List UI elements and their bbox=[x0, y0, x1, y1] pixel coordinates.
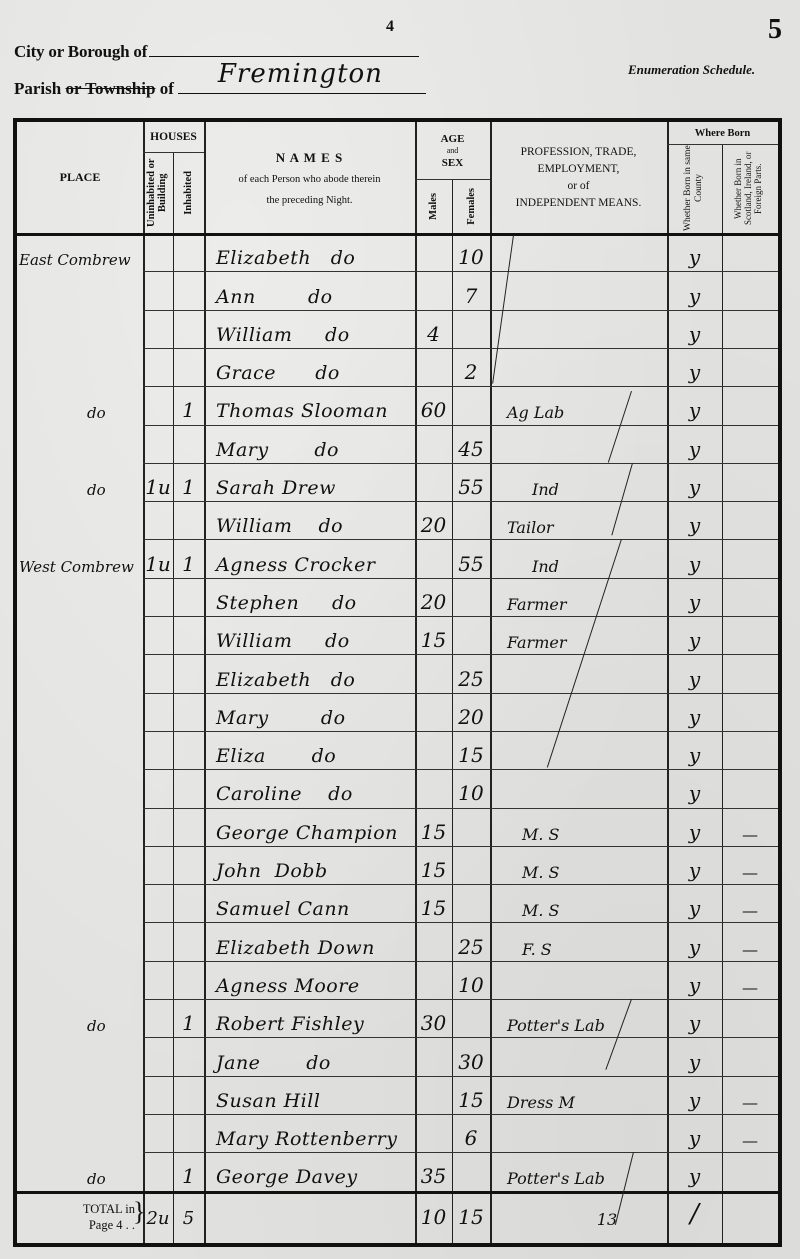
header-males-cell: Males bbox=[415, 179, 452, 233]
row-profession: Farmer bbox=[507, 578, 667, 616]
row-born-county: y bbox=[667, 884, 722, 922]
row-place bbox=[19, 731, 143, 769]
row-female-age bbox=[452, 310, 490, 348]
header-where-born: Where Born bbox=[667, 122, 778, 144]
row-name: Agness Moore bbox=[216, 961, 416, 999]
parish-line: Parish or Township ofFremington bbox=[14, 77, 426, 99]
row-born-county: y bbox=[667, 271, 722, 309]
row-male-age: 15 bbox=[415, 616, 452, 654]
row-inhabited: 1 bbox=[173, 999, 204, 1037]
row-female-age bbox=[452, 808, 490, 846]
row-uninhabited bbox=[143, 233, 173, 271]
row-place bbox=[19, 654, 143, 692]
row-uninhabited bbox=[143, 769, 173, 807]
row-profession: Dress M bbox=[507, 1076, 667, 1114]
row-female-age: 25 bbox=[452, 654, 490, 692]
parish-label-struck: or Township bbox=[65, 79, 155, 98]
row-uninhabited bbox=[143, 1076, 173, 1114]
totals-born-county: / bbox=[667, 1195, 722, 1231]
row-male-age bbox=[415, 654, 452, 692]
row-uninhabited bbox=[143, 808, 173, 846]
row-female-age: 15 bbox=[452, 1076, 490, 1114]
row-male-age bbox=[415, 463, 452, 501]
row-profession bbox=[507, 348, 667, 386]
row-profession: Farmer bbox=[507, 616, 667, 654]
row-inhabited: 1 bbox=[173, 386, 204, 424]
row-profession bbox=[507, 961, 667, 999]
row-inhabited: 1 bbox=[173, 1152, 204, 1190]
row-born-county: y bbox=[667, 846, 722, 884]
row-name: Robert Fishley bbox=[216, 999, 416, 1037]
row-name: Elizabeth do bbox=[216, 654, 416, 692]
row-inhabited bbox=[173, 1114, 204, 1152]
row-uninhabited bbox=[143, 1037, 173, 1075]
parish-label-of: of bbox=[155, 79, 173, 98]
row-uninhabited bbox=[143, 348, 173, 386]
row-inhabited: 1 bbox=[173, 463, 204, 501]
row-male-age bbox=[415, 1037, 452, 1075]
row-born-county: y bbox=[667, 654, 722, 692]
row-place bbox=[19, 808, 143, 846]
header-houses: HOUSES bbox=[143, 122, 204, 152]
header-profession-3: or of bbox=[567, 178, 589, 195]
row-profession bbox=[507, 654, 667, 692]
row-inhabited bbox=[173, 922, 204, 960]
row-male-age bbox=[415, 539, 452, 577]
row-born-foreign bbox=[722, 999, 778, 1037]
header-profession-2: EMPLOYMENT, bbox=[538, 161, 620, 178]
totals-males: 10 bbox=[415, 1195, 452, 1231]
row-uninhabited bbox=[143, 310, 173, 348]
row-female-age: 45 bbox=[452, 425, 490, 463]
row-inhabited bbox=[173, 616, 204, 654]
row-male-age: 20 bbox=[415, 578, 452, 616]
row-name: Grace do bbox=[216, 348, 416, 386]
row-profession: Tailor bbox=[507, 501, 667, 539]
row-profession bbox=[507, 1114, 667, 1152]
row-female-age: 7 bbox=[452, 271, 490, 309]
row-born-county: y bbox=[667, 348, 722, 386]
page-number-center: 4 bbox=[386, 18, 394, 36]
row-born-county: y bbox=[667, 961, 722, 999]
row-inhabited bbox=[173, 808, 204, 846]
row-born-county: y bbox=[667, 1037, 722, 1075]
row-born-foreign bbox=[722, 271, 778, 309]
row-male-age: 30 bbox=[415, 999, 452, 1037]
row-born-foreign bbox=[722, 501, 778, 539]
row-uninhabited bbox=[143, 578, 173, 616]
row-place bbox=[19, 1114, 143, 1152]
row-born-foreign: — bbox=[722, 1114, 778, 1152]
row-profession: F. S bbox=[522, 922, 682, 960]
row-female-age: 55 bbox=[452, 463, 490, 501]
header-females-cell: Females bbox=[452, 179, 490, 233]
row-born-county: y bbox=[667, 463, 722, 501]
row-born-county: y bbox=[667, 386, 722, 424]
row-name: Susan Hill bbox=[216, 1076, 416, 1114]
row-inhabited bbox=[173, 271, 204, 309]
row-born-foreign bbox=[722, 1037, 778, 1075]
row-place bbox=[19, 846, 143, 884]
totals-inhabited: 5 bbox=[173, 1195, 204, 1231]
header-inhabited: Inhabited bbox=[183, 171, 194, 215]
totals-label: TOTAL inPage 4 . . bbox=[27, 1201, 135, 1233]
row-male-age bbox=[415, 922, 452, 960]
row-inhabited bbox=[173, 425, 204, 463]
row-inhabited: 1 bbox=[173, 539, 204, 577]
row-name: Stephen do bbox=[216, 578, 416, 616]
row-born-foreign bbox=[722, 731, 778, 769]
city-label: City or Borough of bbox=[14, 42, 147, 61]
row-uninhabited bbox=[143, 693, 173, 731]
row-name: William do bbox=[216, 616, 416, 654]
totals-uninhabited: 2u bbox=[143, 1195, 173, 1231]
row-female-age bbox=[452, 846, 490, 884]
row-inhabited bbox=[173, 348, 204, 386]
header-females: Females bbox=[466, 188, 477, 225]
row-name: Mary do bbox=[216, 425, 416, 463]
header-uninhabited: Uninhabited or Building bbox=[146, 152, 170, 233]
header-age-3: SEX bbox=[442, 157, 463, 169]
header-uninhabited-cell: Uninhabited or Building bbox=[143, 152, 173, 233]
row-born-foreign bbox=[722, 578, 778, 616]
header-males: Males bbox=[428, 193, 439, 220]
row-uninhabited bbox=[143, 271, 173, 309]
row-born-county: y bbox=[667, 578, 722, 616]
header-age-2: and bbox=[447, 145, 459, 157]
row-name: Samuel Cann bbox=[216, 884, 416, 922]
row-uninhabited: 1u bbox=[143, 539, 173, 577]
row-place bbox=[19, 922, 143, 960]
grid-line bbox=[415, 179, 490, 180]
header-profession-1: PROFESSION, TRADE, bbox=[521, 144, 637, 161]
row-male-age: 4 bbox=[415, 310, 452, 348]
row-male-age bbox=[415, 961, 452, 999]
row-place: East Combrew bbox=[19, 233, 143, 271]
row-female-age bbox=[452, 884, 490, 922]
row-place bbox=[19, 884, 143, 922]
row-female-age: 6 bbox=[452, 1114, 490, 1152]
row-uninhabited bbox=[143, 922, 173, 960]
row-born-county: y bbox=[667, 769, 722, 807]
row-male-age bbox=[415, 1114, 452, 1152]
parish-value: Fremington bbox=[218, 59, 383, 89]
row-female-age: 10 bbox=[452, 961, 490, 999]
row-female-age bbox=[452, 386, 490, 424]
row-profession bbox=[507, 769, 667, 807]
row-profession bbox=[507, 233, 667, 271]
row-name: Jane do bbox=[216, 1037, 416, 1075]
row-born-county: y bbox=[667, 616, 722, 654]
row-uninhabited bbox=[143, 884, 173, 922]
row-female-age: 10 bbox=[452, 233, 490, 271]
totals-females: 15 bbox=[452, 1195, 490, 1231]
row-born-foreign bbox=[722, 616, 778, 654]
row-female-age bbox=[452, 999, 490, 1037]
row-born-county: y bbox=[667, 425, 722, 463]
row-female-age: 55 bbox=[452, 539, 490, 577]
row-profession bbox=[507, 271, 667, 309]
row-profession bbox=[507, 1037, 667, 1075]
row-name: Agness Crocker bbox=[216, 539, 416, 577]
row-male-age: 15 bbox=[415, 808, 452, 846]
page-number-corner: 5 bbox=[768, 14, 782, 46]
row-profession bbox=[507, 425, 667, 463]
row-born-county: y bbox=[667, 731, 722, 769]
row-place bbox=[19, 501, 143, 539]
row-inhabited bbox=[173, 731, 204, 769]
row-place: West Combrew bbox=[19, 539, 143, 577]
row-born-foreign bbox=[722, 463, 778, 501]
row-place bbox=[19, 578, 143, 616]
row-born-foreign: — bbox=[722, 808, 778, 846]
row-male-age bbox=[415, 693, 452, 731]
row-inhabited bbox=[173, 578, 204, 616]
row-inhabited bbox=[173, 1076, 204, 1114]
row-uninhabited bbox=[143, 846, 173, 884]
row-name: Eliza do bbox=[216, 731, 416, 769]
row-name: Mary do bbox=[216, 693, 416, 731]
header-profession-4: INDEPENDENT MEANS. bbox=[516, 195, 642, 212]
row-place bbox=[19, 310, 143, 348]
row-male-age bbox=[415, 348, 452, 386]
row-uninhabited bbox=[143, 654, 173, 692]
row-female-age: 20 bbox=[452, 693, 490, 731]
row-born-foreign: — bbox=[722, 922, 778, 960]
row-inhabited bbox=[173, 1037, 204, 1075]
header-age-1: AGE bbox=[441, 133, 465, 145]
parish-label: Parish bbox=[14, 79, 65, 98]
row-born-foreign: — bbox=[722, 961, 778, 999]
row-male-age: 15 bbox=[415, 884, 452, 922]
row-inhabited bbox=[173, 654, 204, 692]
row-born-county: y bbox=[667, 808, 722, 846]
row-name: Elizabeth Down bbox=[216, 922, 416, 960]
row-inhabited bbox=[173, 884, 204, 922]
row-uninhabited bbox=[143, 386, 173, 424]
row-born-county: y bbox=[667, 1076, 722, 1114]
row-profession: M. S bbox=[522, 846, 682, 884]
row-place bbox=[19, 693, 143, 731]
row-female-age: 15 bbox=[452, 731, 490, 769]
row-born-county: y bbox=[667, 999, 722, 1037]
row-male-age bbox=[415, 271, 452, 309]
row-uninhabited: 1u bbox=[143, 463, 173, 501]
row-born-county: y bbox=[667, 233, 722, 271]
row-name: Ann do bbox=[216, 271, 416, 309]
row-female-age: 25 bbox=[452, 922, 490, 960]
row-profession bbox=[507, 731, 667, 769]
grid-line bbox=[17, 1191, 778, 1194]
row-uninhabited bbox=[143, 731, 173, 769]
row-uninhabited bbox=[143, 999, 173, 1037]
row-born-county: y bbox=[667, 310, 722, 348]
grid-line bbox=[667, 144, 778, 145]
row-name: Mary Rottenberry bbox=[216, 1114, 416, 1152]
row-born-county: y bbox=[667, 501, 722, 539]
row-male-age bbox=[415, 731, 452, 769]
header-born-foreign: Whether Born in Scotland, Ireland, or Fo… bbox=[733, 144, 767, 233]
row-male-age: 60 bbox=[415, 386, 452, 424]
totals-label-2: Page 4 . . bbox=[27, 1217, 135, 1233]
totals-label-1: TOTAL in bbox=[27, 1201, 135, 1217]
header-names-sub1: of each Person who abode therein bbox=[239, 174, 381, 185]
grid-line bbox=[143, 152, 204, 153]
schedule-title: Enumeration Schedule. bbox=[628, 62, 755, 78]
header-inhabited-cell: Inhabited bbox=[173, 152, 204, 233]
row-female-age bbox=[452, 501, 490, 539]
row-name: George Davey bbox=[216, 1152, 416, 1190]
row-male-age bbox=[415, 769, 452, 807]
enumeration-table: PLACE HOUSES Uninhabited or Building Inh… bbox=[13, 118, 782, 1247]
row-male-age bbox=[415, 425, 452, 463]
row-name: John Dobb bbox=[216, 846, 416, 884]
row-name: William do bbox=[216, 310, 416, 348]
header-names-sub2: the preceding Night. bbox=[266, 195, 352, 206]
row-name: Thomas Slooman bbox=[216, 386, 416, 424]
row-born-foreign bbox=[722, 693, 778, 731]
row-born-foreign bbox=[722, 310, 778, 348]
row-born-county: y bbox=[667, 539, 722, 577]
row-male-age bbox=[415, 233, 452, 271]
row-born-foreign bbox=[722, 769, 778, 807]
row-place bbox=[19, 961, 143, 999]
header-born-foreign-cell: Whether Born in Scotland, Ireland, or Fo… bbox=[722, 144, 778, 233]
row-inhabited bbox=[173, 961, 204, 999]
row-born-foreign bbox=[722, 654, 778, 692]
row-born-foreign bbox=[722, 233, 778, 271]
row-place bbox=[19, 348, 143, 386]
row-name: William do bbox=[216, 501, 416, 539]
row-female-age bbox=[452, 616, 490, 654]
header-names-title: N A M E S bbox=[276, 150, 344, 166]
row-profession: Potter's Lab bbox=[507, 999, 667, 1037]
row-born-county: y bbox=[667, 1152, 722, 1190]
header-place: PLACE bbox=[17, 122, 143, 233]
row-female-age bbox=[452, 578, 490, 616]
row-name: Elizabeth do bbox=[216, 233, 416, 271]
header-age-sex: AGE and SEX bbox=[415, 122, 490, 179]
row-place bbox=[19, 1076, 143, 1114]
row-inhabited bbox=[173, 846, 204, 884]
row-born-foreign: — bbox=[722, 884, 778, 922]
row-born-foreign bbox=[722, 539, 778, 577]
row-born-foreign bbox=[722, 386, 778, 424]
row-born-county: y bbox=[667, 1114, 722, 1152]
row-born-foreign bbox=[722, 1152, 778, 1190]
row-female-age bbox=[452, 1152, 490, 1190]
row-male-age bbox=[415, 1076, 452, 1114]
row-uninhabited bbox=[143, 1152, 173, 1190]
row-profession: Potter's Lab bbox=[507, 1152, 667, 1190]
row-profession bbox=[507, 310, 667, 348]
totals-profession: 13 bbox=[577, 1195, 637, 1231]
row-male-age: 15 bbox=[415, 846, 452, 884]
row-profession: M. S bbox=[522, 884, 682, 922]
row-uninhabited bbox=[143, 616, 173, 654]
row-uninhabited bbox=[143, 425, 173, 463]
row-profession bbox=[507, 693, 667, 731]
row-inhabited bbox=[173, 310, 204, 348]
row-born-foreign bbox=[722, 348, 778, 386]
row-born-foreign: — bbox=[722, 1076, 778, 1114]
row-male-age: 20 bbox=[415, 501, 452, 539]
header-names: N A M E S of each Person who abode there… bbox=[204, 122, 415, 233]
row-profession: M. S bbox=[522, 808, 682, 846]
header-born-county-cell: Whether Born in same County bbox=[667, 144, 722, 233]
row-born-foreign bbox=[722, 425, 778, 463]
row-female-age: 2 bbox=[452, 348, 490, 386]
row-name: Sarah Drew bbox=[216, 463, 416, 501]
row-name: George Champion bbox=[216, 808, 416, 846]
row-female-age: 30 bbox=[452, 1037, 490, 1075]
row-place bbox=[19, 271, 143, 309]
header-profession: PROFESSION, TRADE, EMPLOYMENT, or of IND… bbox=[490, 122, 667, 233]
row-born-county: y bbox=[667, 693, 722, 731]
row-profession: Ag Lab bbox=[507, 386, 667, 424]
row-inhabited bbox=[173, 693, 204, 731]
row-inhabited bbox=[173, 769, 204, 807]
row-place bbox=[19, 769, 143, 807]
census-page: 4 5 City or Borough of Parish or Townshi… bbox=[0, 0, 800, 1259]
row-born-county: y bbox=[667, 922, 722, 960]
row-name: Caroline do bbox=[216, 769, 416, 807]
row-place bbox=[19, 1037, 143, 1075]
row-inhabited bbox=[173, 501, 204, 539]
row-uninhabited bbox=[143, 501, 173, 539]
row-female-age: 10 bbox=[452, 769, 490, 807]
city-value bbox=[149, 42, 419, 57]
row-uninhabited bbox=[143, 1114, 173, 1152]
row-place bbox=[19, 616, 143, 654]
row-male-age: 35 bbox=[415, 1152, 452, 1190]
row-born-foreign: — bbox=[722, 846, 778, 884]
row-uninhabited bbox=[143, 961, 173, 999]
row-place bbox=[19, 425, 143, 463]
header-born-county: Whether Born in same County bbox=[683, 144, 707, 233]
row-inhabited bbox=[173, 233, 204, 271]
